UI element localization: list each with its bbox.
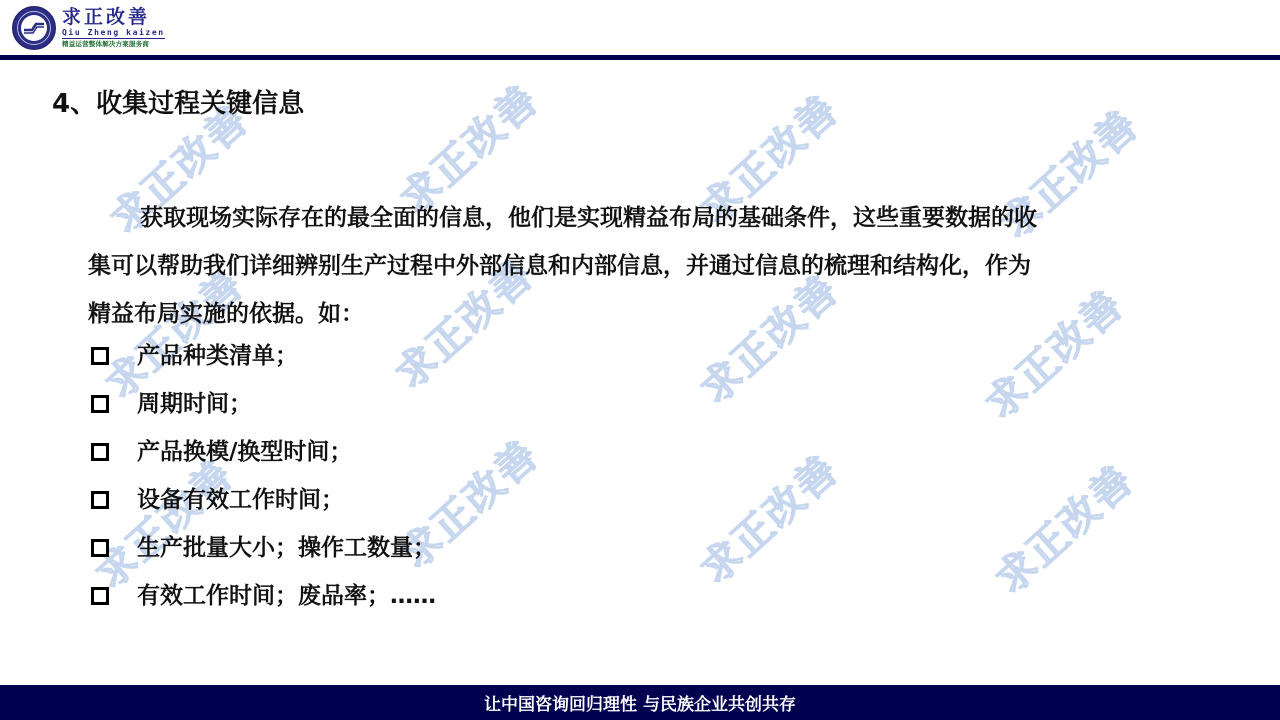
slide-footer: 让中国咨询回归理性 与民族企业共创共存: [0, 685, 1280, 720]
square-bullet-icon: [91, 347, 109, 365]
intro-paragraph: 获取现场实际存在的最全面的信息，他们是实现精益布局的基础条件，这些重要数据的收 …: [88, 194, 1198, 338]
footer-slogan: 让中国咨询回归理性 与民族企业共创共存: [484, 690, 796, 715]
square-bullet-icon: [91, 443, 109, 461]
square-bullet-icon: [91, 395, 109, 413]
paragraph-line: 集可以帮助我们详细辨别生产过程中外部信息和内部信息，并通过信息的梳理和结构化，作…: [88, 242, 1198, 290]
paragraph-line: 精益布局实施的依据。如：: [88, 290, 1198, 338]
square-bullet-icon: [91, 539, 109, 557]
slide-content: 4、收集过程关键信息 获取现场实际存在的最全面的信息，他们是实现精益布局的基础条…: [0, 0, 1280, 720]
slide-title: 4、收集过程关键信息: [52, 86, 304, 122]
square-bullet-icon: [91, 587, 109, 605]
paragraph-line: 获取现场实际存在的最全面的信息，他们是实现精益布局的基础条件，这些重要数据的收: [88, 194, 1198, 242]
square-bullet-icon: [91, 491, 109, 509]
